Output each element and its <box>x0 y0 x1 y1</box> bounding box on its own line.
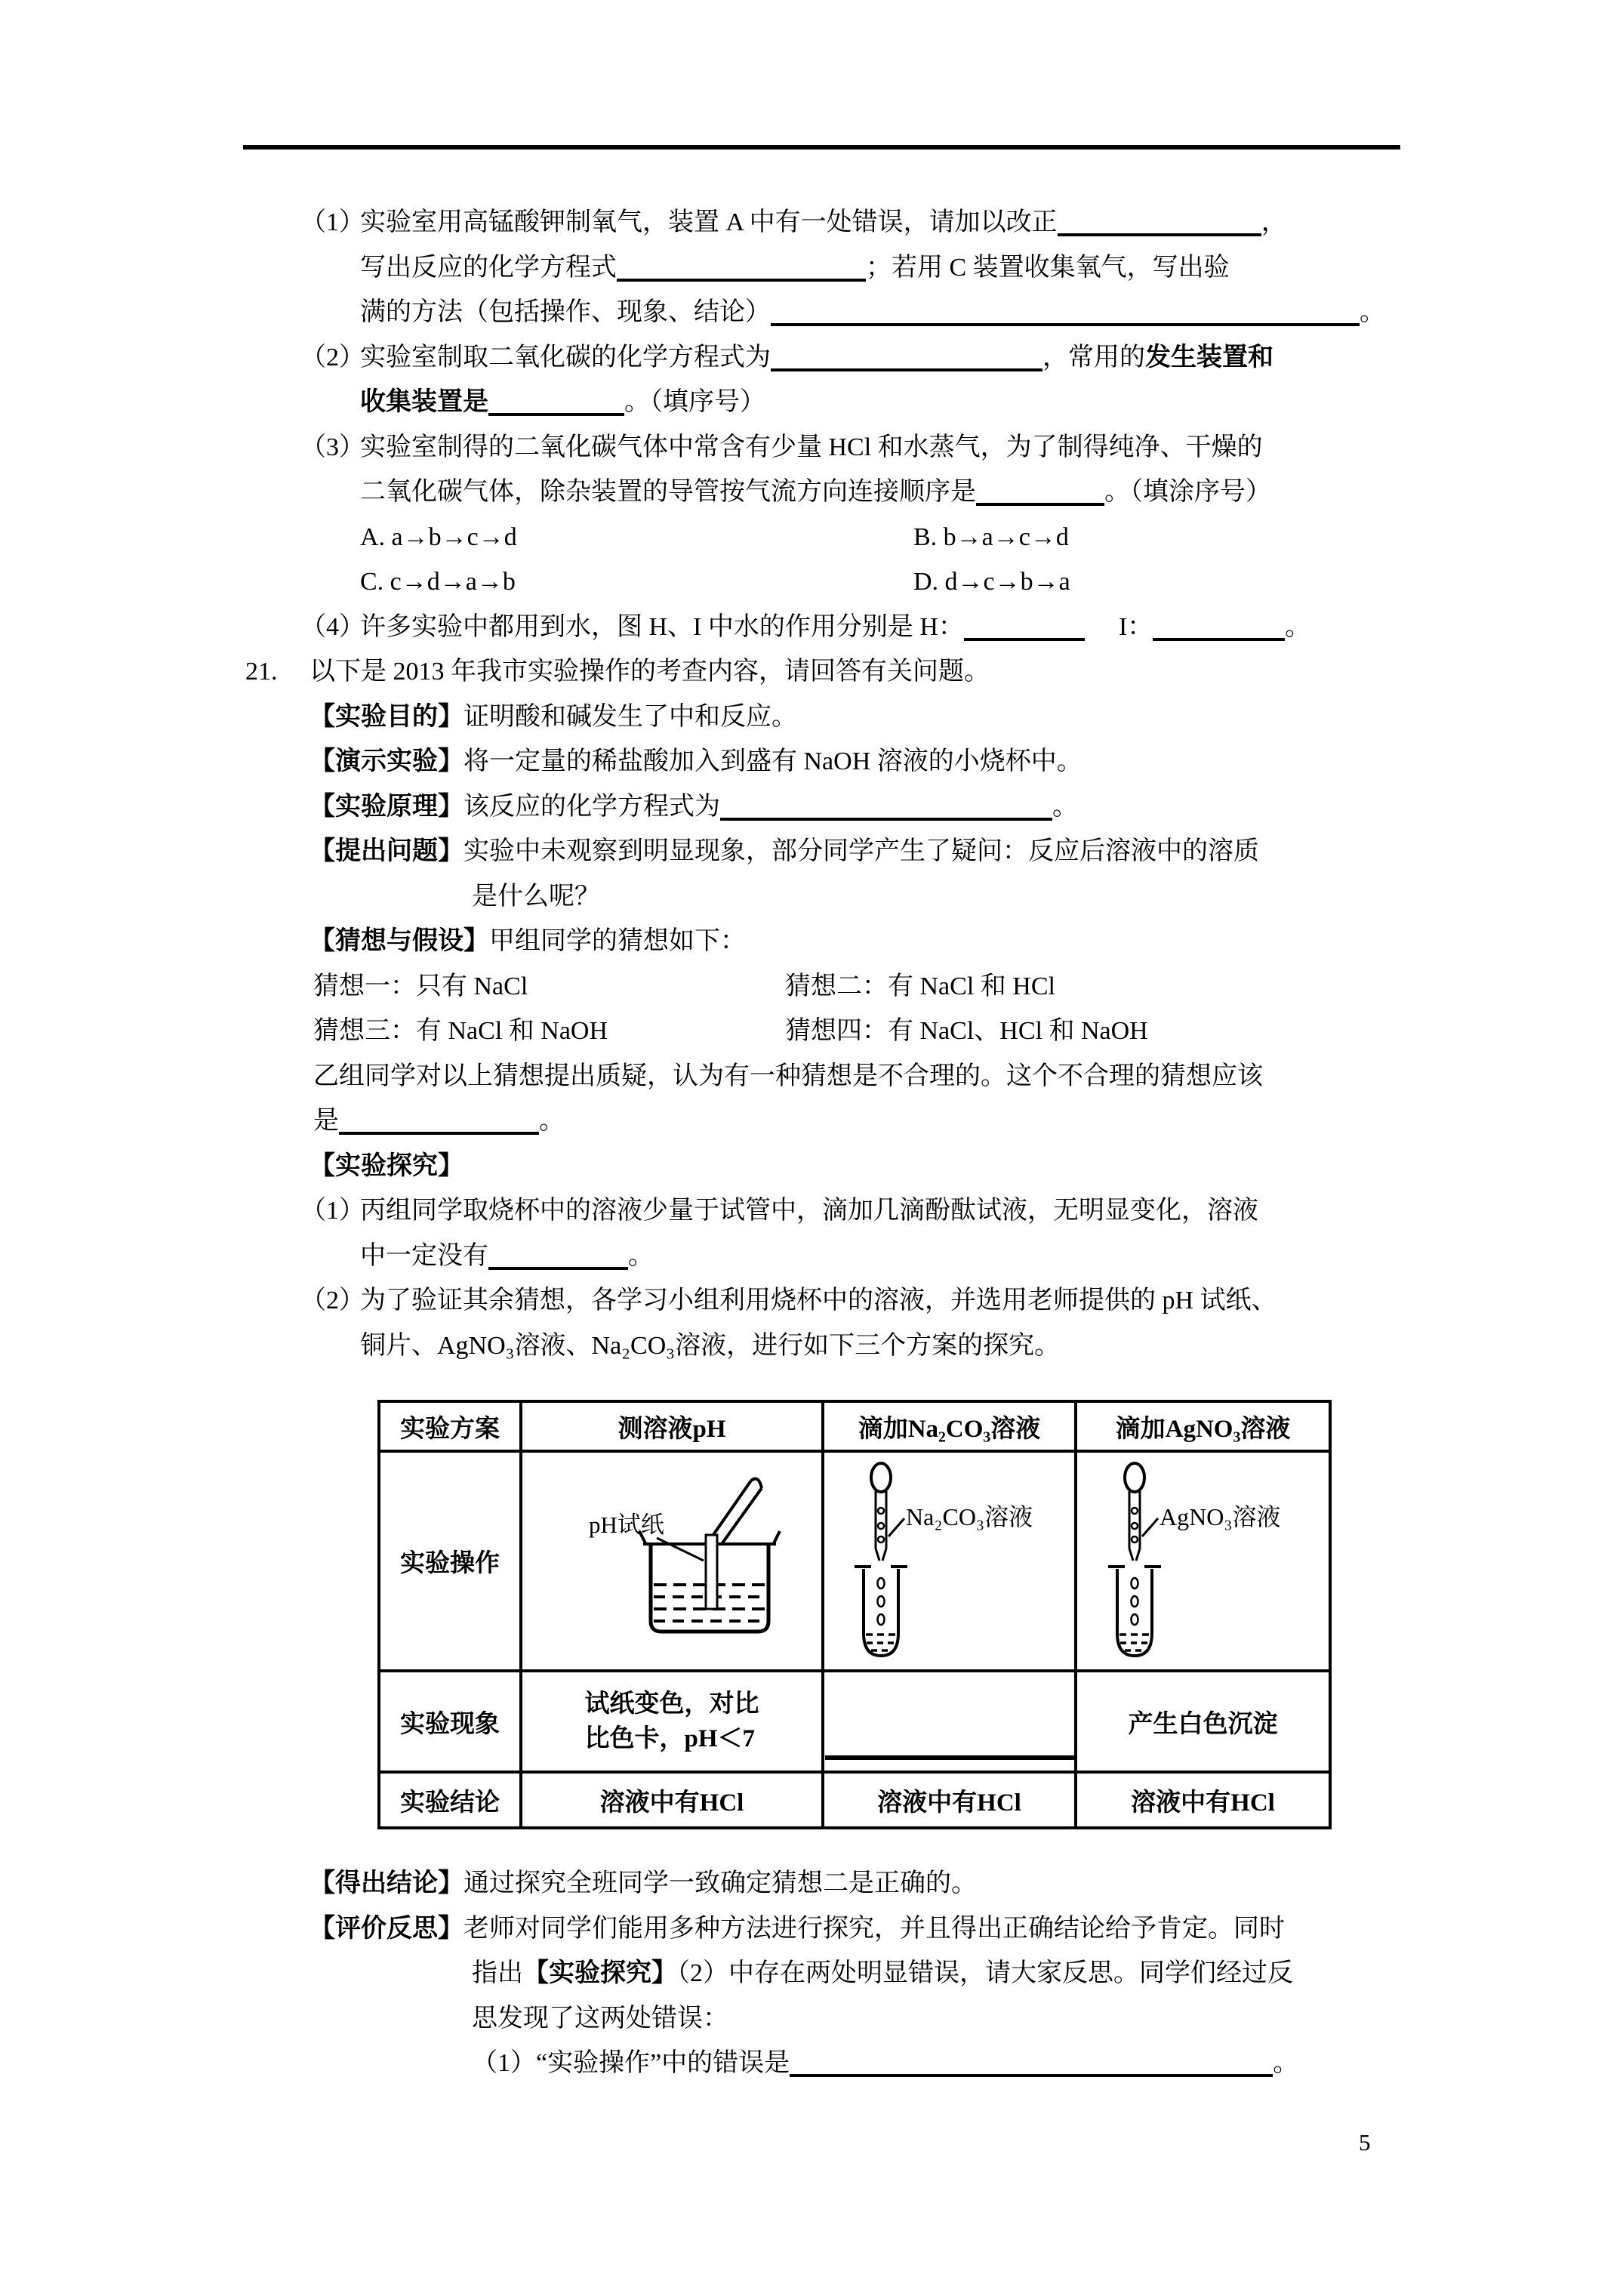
row-label-phenomenon: 实验现象 <box>379 1671 521 1772</box>
item-text: 。 <box>1285 613 1310 641</box>
q21-explore2-line2: 铜片、AgNO₃溶液、Na₂CO₃溶液，进行如下三个方案的探究。 <box>0 1324 1623 1369</box>
q21-guess-line1: 猜想一：只有 NaCl猜想二：有 NaCl 和 HCl <box>0 964 1623 1009</box>
header-plan: 实验方案 <box>379 1401 521 1451</box>
q21-doubt-line1: 乙组同学对以上猜想提出质疑，认为有一种猜想是不合理的。这个不合理的猜想应该 <box>0 1054 1623 1099</box>
exam-page: （1）实验室用高锰酸钾制氧气，装置 A 中有一处错误，请加以改正， 写出反应的化… <box>0 0 1623 2296</box>
item-text: 。（填涂序号） <box>1104 478 1271 506</box>
section-text: （1）“实验操作”中的错误是 <box>472 2049 790 2077</box>
row-label-operation: 实验操作 <box>379 1451 521 1671</box>
na2co3-solution-label: Na₂CO₃溶液 <box>906 1503 1033 1530</box>
answer-blank <box>339 1132 539 1135</box>
option-d: D. d→c→b→a <box>913 568 1070 596</box>
test-tube-icon <box>1108 1567 1161 1656</box>
ph-paper-label: pH试纸 <box>589 1512 664 1538</box>
item-text-bold: 发生装置和 <box>1145 344 1273 371</box>
section-text: 将一定量的稀盐酸加入到盛有 NaOH 溶液的小烧杯中。 <box>463 747 1083 775</box>
answer-blank <box>1153 638 1285 641</box>
q21-explore2-line1: （2）为了验证其余猜想，各学习小组利用烧杯中的溶液，并选用老师提供的 pH 试纸… <box>0 1278 1623 1324</box>
q20-item3-options-ab: A. a→b→c→dB. b→a→c→d <box>0 515 1623 560</box>
item-text: 写出反应的化学方程式 <box>360 254 617 282</box>
section-text: 思发现了这两处错误： <box>472 2005 728 2032</box>
page-content: （1）实验室用高锰酸钾制氧气，装置 A 中有一处错误，请加以改正， 写出反应的化… <box>0 200 1623 2086</box>
answer-blank-line <box>825 1755 1074 1760</box>
q21-intro-line: 21.以下是 2013 年我市实验操作的考查内容，请回答有关问题。 <box>0 649 1623 695</box>
answer-blank <box>488 413 624 416</box>
glass-rod-icon <box>711 1478 762 1543</box>
item-number: （1） <box>300 1188 360 1234</box>
q20-item1-line1: （1）实验室用高锰酸钾制氧气，装置 A 中有一处错误，请加以改正， <box>0 200 1623 245</box>
dropper-icon <box>1125 1463 1144 1561</box>
option-a: A. a→b→c→d <box>360 515 913 560</box>
q20-item4-line: （4）许多实验中都用到水，图 H、I 中水的作用分别是 H：I：。 <box>0 605 1623 650</box>
item-text: 许多实验中都用到水，图 H、I 中水的作用分别是 H： <box>360 613 964 641</box>
question-intro: 以下是 2013 年我市实验操作的考查内容，请回答有关问题。 <box>310 658 990 686</box>
item-text: 满的方法（包括操作、现象、结论） <box>360 298 771 326</box>
item-text-bold: 收集装置是 <box>360 388 488 416</box>
q21-reflect-line3: 思发现了这两处错误： <box>0 1996 1623 2042</box>
phenomenon-ph-cell: 试纸变色，对比 比色卡，pH＜7 <box>521 1671 823 1772</box>
item-text: 实验室制取二氧化碳的化学方程式为 <box>360 344 771 371</box>
section-label: 【演示实验】 <box>310 747 463 775</box>
answer-blank <box>488 1267 628 1270</box>
phenomenon-ph-text: 试纸变色，对比 比色卡，pH＜7 <box>585 1687 759 1756</box>
operation-agno3-cell: AgNO₃溶液 <box>1076 1451 1330 1671</box>
table-phenomenon-row: 实验现象 试纸变色，对比 比色卡，pH＜7 产生白色沉淀 <box>379 1671 1330 1772</box>
q21-reflect-line1: 【评价反思】老师对同学们能用多种方法进行探究，并且得出正确结论给予肯定。同时 <box>0 1906 1623 1952</box>
label-leader-line <box>657 1538 704 1561</box>
item-text: ；若用 C 装置收集氧气，写出验 <box>866 254 1230 282</box>
section-label: 【实验目的】 <box>310 703 463 731</box>
item-text: 丙组同学取烧杯中的溶液少量于试管中，滴加几滴酚酞试液，无明显变化，溶液 <box>360 1197 1258 1225</box>
conclusion-agno3-cell: 溶液中有HCl <box>1076 1772 1330 1828</box>
option-c: C. c→d→a→b <box>360 559 913 605</box>
item-number: （2） <box>300 1278 360 1324</box>
operation-na2co3-cell: Na₂CO₃溶液 <box>823 1451 1076 1671</box>
item-text: 。（填序号） <box>624 388 765 416</box>
item-number: （3） <box>300 425 360 470</box>
table-header-row: 实验方案 测溶液pH 滴加Na₂CO₃溶液 滴加AgNO₃溶液 <box>379 1401 1330 1451</box>
header-add-agno3: 滴加AgNO₃溶液 <box>1076 1401 1330 1451</box>
item-text: 。 <box>1360 298 1385 326</box>
section-label: 【实验原理】 <box>310 793 463 821</box>
section-label: 【猜想与假设】 <box>310 927 489 955</box>
section-text: （2）中存在两处明显错误，请大家反思。同学们经过反 <box>677 1959 1293 1987</box>
ph-paper-strip-icon <box>706 1535 717 1609</box>
q20-item1-line2: 写出反应的化学方程式；若用 C 装置收集氧气，写出验 <box>0 245 1623 291</box>
section-text: 。 <box>539 1107 565 1135</box>
item-text: 二氧化碳气体，除杂装置的导管按气流方向连接顺序是 <box>360 478 976 506</box>
answer-blank <box>1058 233 1261 236</box>
q20-item3-line1: （3）实验室制得的二氧化碳气体中常含有少量 HCl 和水蒸气，为了制得纯净、干燥… <box>0 425 1623 470</box>
answer-blank <box>771 323 1360 326</box>
item-text: 实验室用高锰酸钾制氧气，装置 A 中有一处错误，请加以改正 <box>360 208 1058 236</box>
answer-blank <box>771 368 1042 371</box>
label-leader-line <box>1142 1518 1158 1536</box>
section-text: 证明酸和碱发生了中和反应。 <box>463 703 797 731</box>
answer-blank <box>976 503 1104 506</box>
item-text: 中一定没有 <box>360 1242 488 1270</box>
q21-guess-line2: 猜想三：有 NaCl 和 NaOH猜想四：有 NaCl、HCl 和 NaOH <box>0 1009 1623 1054</box>
section-text: 实验中未观察到明显现象，部分同学产生了疑问：反应后溶液中的溶质 <box>463 837 1259 865</box>
answer-blank <box>964 638 1085 641</box>
operation-ph-cell: pH试纸 <box>521 1451 823 1671</box>
guess-2: 猜想二：有 NaCl 和 HCl <box>785 972 1055 1000</box>
dropper-icon <box>871 1463 891 1561</box>
section-text: 通过探究全班同学一致确定猜想二是正确的。 <box>463 1869 977 1897</box>
q20-item2-line2: 收集装置是。（填序号） <box>0 380 1623 425</box>
guess-4: 猜想四：有 NaCl、HCl 和 NaOH <box>785 1017 1148 1045</box>
table-conclusion-row: 实验结论 溶液中有HCl 溶液中有HCl 溶液中有HCl <box>379 1772 1330 1828</box>
q21-conclude-line: 【得出结论】通过探究全班同学一致确定猜想二是正确的。 <box>0 1861 1623 1906</box>
table-operation-row: 实验操作 pH试纸 <box>379 1451 1330 1671</box>
q21-question-line2: 是什么呢？ <box>0 874 1623 920</box>
item-text: 。 <box>628 1242 654 1270</box>
q21-doubt-line2: 是。 <box>0 1099 1623 1144</box>
answer-blank <box>720 818 1052 821</box>
guess-3: 猜想三：有 NaCl 和 NaOH <box>313 1009 785 1054</box>
q20-item2-line1: （2）实验室制取二氧化碳的化学方程式为，常用的发生装置和 <box>0 335 1623 381</box>
guess-1: 猜想一：只有 NaCl <box>313 964 785 1009</box>
q21-question-line1: 【提出问题】实验中未观察到明显现象，部分同学产生了疑问：反应后溶液中的溶质 <box>0 829 1623 874</box>
phenomenon-agno3-cell: 产生白色沉淀 <box>1076 1671 1330 1772</box>
page-number: 5 <box>1359 2128 1371 2158</box>
section-text: 乙组同学对以上猜想提出质疑，认为有一种猜想是不合理的。这个不合理的猜想应该 <box>313 1062 1263 1090</box>
q21-guess-label-line: 【猜想与假设】甲组同学的猜想如下： <box>0 919 1623 964</box>
item-text: I： <box>1119 613 1153 641</box>
q21-reflect-q1-line: （1）“实验操作”中的错误是。 <box>0 2041 1623 2086</box>
q21-demo-line: 【演示实验】将一定量的稀盐酸加入到盛有 NaOH 溶液的小烧杯中。 <box>0 739 1623 784</box>
test-tube-na2co3-diagram: Na₂CO₃溶液 <box>824 1453 1074 1669</box>
phenomenon-na2co3-cell <box>823 1671 1076 1772</box>
option-b: B. b→a→c→d <box>913 523 1069 551</box>
q20-item3-line2: 二氧化碳气体，除杂装置的导管按气流方向连接顺序是。（填涂序号） <box>0 470 1623 515</box>
section-label: 【提出问题】 <box>310 837 463 865</box>
conclusion-na2co3-cell: 溶液中有HCl <box>823 1772 1076 1828</box>
section-label: 【得出结论】 <box>310 1869 463 1897</box>
section-text: 是什么呢？ <box>472 883 600 911</box>
q21-principle-line: 【实验原理】该反应的化学方程式为。 <box>0 784 1623 830</box>
q21-reflect-line2: 指出【实验探究】（2）中存在两处明显错误，请大家反思。同学们经过反 <box>0 1951 1623 1996</box>
answer-blank <box>617 279 866 282</box>
section-text: 老师对同学们能用多种方法进行探究，并且得出正确结论给予肯定。同时 <box>463 1915 1285 1943</box>
q21-explore-label-line: 【实验探究】 <box>0 1144 1623 1189</box>
header-measure-ph: 测溶液pH <box>521 1401 823 1451</box>
test-tube-icon <box>855 1567 907 1656</box>
section-text: 。 <box>1273 2049 1298 2077</box>
q20-item1-line3: 满的方法（包括操作、现象、结论）。 <box>0 290 1623 335</box>
header-add-na2co3: 滴加Na₂CO₃溶液 <box>823 1401 1076 1451</box>
section-text: 甲组同学的猜想如下： <box>489 927 746 955</box>
item-text: 实验室制得的二氧化碳气体中常含有少量 HCl 和水蒸气，为了制得纯净、干燥的 <box>360 433 1263 461</box>
section-label: 【实验探究】 <box>310 1152 463 1180</box>
section-text: 。 <box>1052 793 1078 821</box>
q21-explore1-line2: 中一定没有。 <box>0 1234 1623 1279</box>
section-text: 该反应的化学方程式为 <box>463 793 720 821</box>
question-number: 21. <box>245 649 310 695</box>
spacer <box>0 1829 1623 1861</box>
experiment-table: 实验方案 测溶液pH 滴加Na₂CO₃溶液 滴加AgNO₃溶液 实验操作 pH试… <box>377 1400 1332 1829</box>
item-text: ， <box>1261 208 1287 236</box>
item-number: （2） <box>300 335 360 381</box>
label-leader-line <box>888 1518 904 1536</box>
header-rule <box>243 145 1400 149</box>
q21-purpose-line: 【实验目的】证明酸和碱发生了中和反应。 <box>0 695 1623 740</box>
section-text: 指出 <box>472 1959 523 1987</box>
item-text: 铜片、AgNO₃溶液、Na₂CO₃溶液，进行如下三个方案的探究。 <box>360 1332 1060 1360</box>
test-tube-agno3-diagram: AgNO₃溶液 <box>1078 1453 1328 1669</box>
q20-item3-options-cd: C. c→d→a→bD. d→c→b→a <box>0 559 1623 605</box>
beaker-ph-test-diagram: pH试纸 <box>522 1453 821 1669</box>
row-label-conclusion: 实验结论 <box>379 1772 521 1828</box>
item-text: 为了验证其余猜想，各学习小组利用烧杯中的溶液，并选用老师提供的 pH 试纸、 <box>360 1287 1277 1314</box>
section-label-inline: 【实验探究】 <box>523 1959 677 1987</box>
item-number: （1） <box>300 200 360 245</box>
section-text: 是 <box>313 1107 339 1135</box>
answer-blank <box>790 2074 1273 2077</box>
conclusion-ph-cell: 溶液中有HCl <box>521 1772 823 1828</box>
q21-explore1-line1: （1）丙组同学取烧杯中的溶液少量于试管中，滴加几滴酚酞试液，无明显变化，溶液 <box>0 1188 1623 1234</box>
agno3-solution-label: AgNO₃溶液 <box>1160 1503 1281 1530</box>
item-number: （4） <box>300 605 360 650</box>
item-text: ，常用的 <box>1042 344 1145 371</box>
section-label: 【评价反思】 <box>310 1915 463 1943</box>
